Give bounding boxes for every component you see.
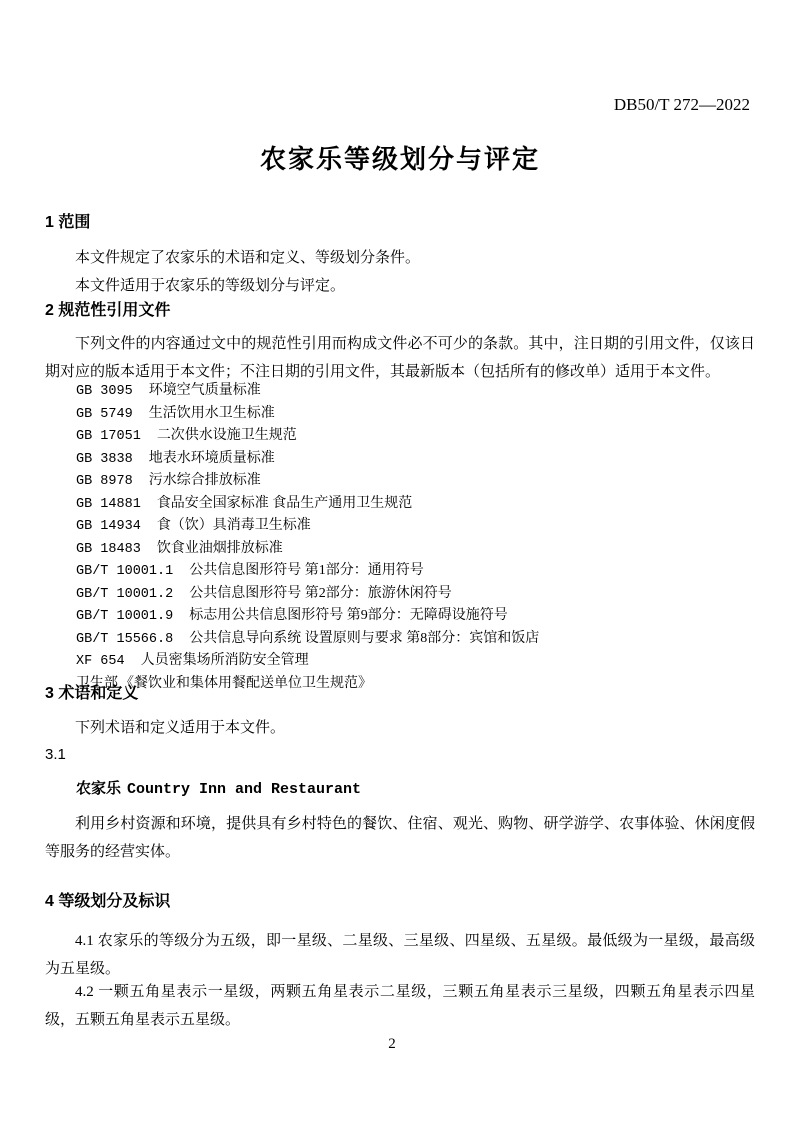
reference-item: GB 14881食品安全国家标准 食品生产通用卫生规范	[76, 493, 766, 516]
section-heading-grading: 4 等级划分及标识	[45, 892, 755, 912]
reference-code: GB 5749	[76, 407, 133, 422]
reference-code: XF 654	[76, 654, 125, 669]
reference-title: 二次供水设施卫生规范	[157, 428, 297, 443]
scope-paragraph: 本文件规定了农家乐的术语和定义、等级划分条件。	[45, 244, 755, 272]
reference-title: 生活饮用水卫生标准	[149, 406, 275, 421]
grading-clause: 4.2 一颗五角星表示一星级，两颗五角星表示二星级，三颗五角星表示三星级，四颗五…	[45, 978, 755, 1034]
term-definition-paragraph: 利用乡村资源和环境，提供具有乡村特色的餐饮、住宿、观光、购物、研学游学、农事体验…	[45, 810, 755, 866]
reference-item: GB 3095环境空气质量标准	[76, 380, 766, 403]
reference-code: GB/T 15566.8	[76, 632, 173, 647]
section-heading-scope: 1 范围	[45, 213, 755, 233]
reference-title: 地表水环境质量标准	[149, 451, 275, 466]
document-title: 农家乐等级划分与评定	[0, 139, 800, 176]
references-intro-paragraph: 下列文件的内容通过文中的规范性引用而构成文件必不可少的条款。其中，注日期的引用文…	[45, 330, 755, 386]
reference-item: GB/T 10001.2公共信息图形符号 第2部分：旅游休闲符号	[76, 583, 766, 606]
reference-item: GB 5749生活饮用水卫生标准	[76, 403, 766, 426]
document-code: DB50/T 272—2022	[614, 95, 750, 115]
reference-title: 食（饮）具消毒卫生标准	[157, 518, 311, 533]
reference-title: 公共信息导向系统 设置原则与要求 第8部分：宾馆和饭店	[189, 631, 539, 646]
reference-title: 环境空气质量标准	[149, 383, 261, 398]
term-number: 3.1	[45, 746, 755, 763]
reference-title: 标志用公共信息图形符号 第9部分：无障碍设施符号	[189, 608, 508, 623]
term-definition-line: 农家乐Country Inn and Restaurant	[76, 777, 756, 798]
term-name-chinese: 农家乐	[76, 780, 121, 797]
reference-code: GB/T 10001.9	[76, 609, 173, 624]
reference-code: GB 3095	[76, 384, 133, 399]
page-number: 2	[0, 1036, 784, 1053]
reference-title: 饮食业油烟排放标准	[157, 541, 283, 556]
reference-item: GB/T 10001.9标志用公共信息图形符号 第9部分：无障碍设施符号	[76, 605, 766, 628]
reference-title: 污水综合排放标准	[149, 473, 261, 488]
reference-code: GB/T 10001.2	[76, 587, 173, 602]
reference-code: GB 14934	[76, 519, 141, 534]
reference-code: GB/T 10001.1	[76, 564, 173, 579]
reference-item: GB 8978污水综合排放标准	[76, 470, 766, 493]
term-name-english: Country Inn and Restaurant	[127, 781, 361, 798]
reference-title: 公共信息图形符号 第1部分：通用符号	[189, 563, 424, 578]
scope-paragraph: 本文件适用于农家乐的等级划分与评定。	[45, 272, 755, 300]
reference-list: GB 3095环境空气质量标准 GB 5749生活饮用水卫生标准 GB 1705…	[76, 380, 766, 694]
reference-code: GB 8978	[76, 474, 133, 489]
reference-code: GB 3838	[76, 452, 133, 467]
reference-title: 食品安全国家标准 食品生产通用卫生规范	[157, 496, 413, 511]
reference-title: 人员密集场所消防安全管理	[141, 653, 309, 668]
section-heading-normative-references: 2 规范性引用文件	[45, 301, 755, 321]
reference-code: GB 14881	[76, 497, 141, 512]
reference-item: GB/T 15566.8公共信息导向系统 设置原则与要求 第8部分：宾馆和饭店	[76, 628, 766, 651]
reference-item: GB 14934食（饮）具消毒卫生标准	[76, 515, 766, 538]
document-page: DB50/T 272—2022 农家乐等级划分与评定 1 范围 本文件规定了农家…	[0, 0, 800, 1132]
reference-code: GB 17051	[76, 429, 141, 444]
reference-item: GB 17051二次供水设施卫生规范	[76, 425, 766, 448]
reference-code: GB 18483	[76, 542, 141, 557]
reference-title: 公共信息图形符号 第2部分：旅游休闲符号	[189, 586, 452, 601]
terms-intro-paragraph: 下列术语和定义适用于本文件。	[45, 714, 755, 742]
reference-item: GB/T 10001.1公共信息图形符号 第1部分：通用符号	[76, 560, 766, 583]
reference-item: XF 654人员密集场所消防安全管理	[76, 650, 766, 673]
reference-item: GB 3838地表水环境质量标准	[76, 448, 766, 471]
grading-clause: 4.1 农家乐的等级分为五级，即一星级、二星级、三星级、四星级、五星级。最低级为…	[45, 927, 755, 983]
section-heading-terms: 3 术语和定义	[45, 684, 755, 704]
reference-item: GB 18483饮食业油烟排放标准	[76, 538, 766, 561]
